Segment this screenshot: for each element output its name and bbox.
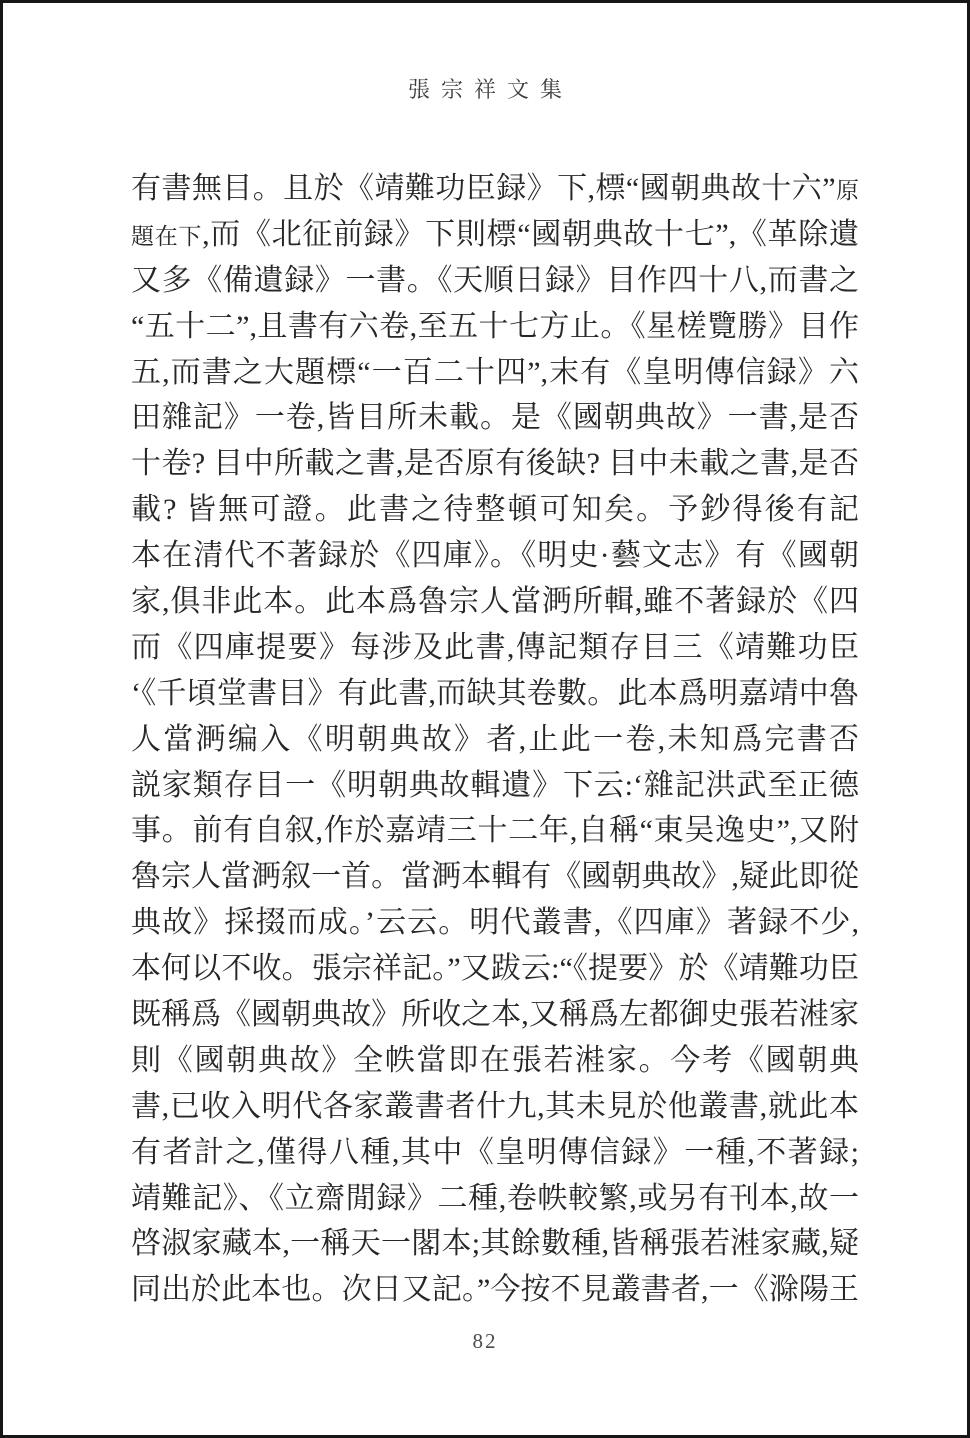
text-line: 田雜記》一卷,皆目所未載。是《國朝典故》一書,是否爲一百 <box>131 395 859 441</box>
text-segment: 典故》採掇而成。’云云。明代叢書,《四庫》著録不少,未知此 <box>131 906 859 946</box>
text-line: 同出於此本也。次日又記。”今按不見叢書者,一《滁陽王碑》, <box>131 1267 859 1313</box>
text-segment: 家,俱非此本。此本爲魯宗人當㴐所輯,雖不著録於《四庫》, <box>131 585 859 625</box>
text-segment: 有者計之,僅得八種,其中《皇明傳信録》一種,不著録;《奉天 <box>131 1136 859 1176</box>
text-segment: ‘《千頃堂書目》有此書,而缺其卷數。此本爲明嘉靖中魯藩宗 <box>131 677 859 717</box>
text-line: 有書無目。且於《靖難功臣録》下,標“國朝典故十六”原書皆大 <box>131 166 859 212</box>
text-line: ‘《千頃堂書目》有此書,而缺其卷數。此本爲明嘉靖中魯藩宗 <box>131 671 859 717</box>
text-line: 家,俱非此本。此本爲魯宗人當㴐所輯,雖不著録於《四庫》, <box>131 579 859 625</box>
text-segment: 同出於此本也。次日又記。”今按不見叢書者,一《滁陽王碑》, <box>131 1273 859 1313</box>
text-line: 則《國朝典故》全帙當即在張若溎家。今考《國朝典故》中各 <box>131 1038 859 1084</box>
text-line: 典故》採掇而成。’云云。明代叢書,《四庫》著録不少,未知此 <box>131 900 859 946</box>
text-segment: 事。前有自叙,作於嘉靖三十二年,自稱“東吴逸史”,又附載 <box>131 814 859 854</box>
text-segment: 又多《備遺録》一書。《天順日録》目作四十八,而書之大題標 <box>131 264 859 304</box>
text-line: 有者計之,僅得八種,其中《皇明傳信録》一種,不著録;《奉天 <box>131 1130 859 1176</box>
text-segment: 説家類存目一《明朝典故輯遺》下云:‘雜記洪武至正德十朝 <box>131 769 859 809</box>
text-segment: 魯宗人當㴐叙一首。當㴐本輯有《國朝典故》,疑此即從《國朝 <box>131 860 859 900</box>
text-segment: 有書無目。且於《靖難功臣録》下,標“國朝典故十六” <box>131 172 836 205</box>
page-number: 82 <box>3 1329 967 1354</box>
interlinear-note-segment: 題在下 <box>131 224 202 249</box>
text-segment: 啓淑家藏本,一稱天一閣本;其餘數種,皆稱張若溎家藏,疑即 <box>131 1227 859 1267</box>
text-line: “五十二”,且書有六卷,至五十七方止。《星槎覽勝》目作百又 <box>131 304 859 350</box>
text-segment: 十卷? 目中所載之書,是否原有後缺? 目中未載之書,是否漏 <box>131 447 859 487</box>
text-line: 本何以不收。張宗祥記。”又跋云:“《提要》於《靖難功臣録》, <box>131 946 859 992</box>
text-line: 題在下,而《北征前録》下則標“國朝典故十七”,《革除遺事》後, <box>131 212 859 258</box>
text-line: 五,而書之大題標“一百二十四”,末有《皇明傳信録》六卷、《石 <box>131 350 859 396</box>
text-segment: “五十二”,且書有六卷,至五十七方止。《星槎覽勝》目作百又 <box>131 310 859 350</box>
text-line: 啓淑家藏本,一稱天一閣本;其餘數種,皆稱張若溎家藏,疑即 <box>131 1221 859 1267</box>
text-segment: 書,已收入明代各家叢書者什九,其未見於他叢書,就此本所 <box>131 1090 859 1130</box>
text-segment: 靖難記》、《立齋閒録》二種,卷帙較繁,或另有刊本,故一稱汪 <box>131 1182 859 1222</box>
text-line: 本在清代不著録於《四庫》。《明史·藝文志》有《國朝典故》數 <box>131 533 859 579</box>
text-line: 説家類存目一《明朝典故輯遺》下云:‘雜記洪武至正德十朝 <box>131 763 859 809</box>
text-line: 既稱爲《國朝典故》所收之本,又稱爲左都御史張若溎家藏本, <box>131 992 859 1038</box>
text-segment: 田雜記》一卷,皆目所未載。是《國朝典故》一書,是否爲一百 <box>131 401 859 441</box>
text-line: 而《四庫提要》每涉及此書,傳記類存目三《靖難功臣録》下云: <box>131 625 859 671</box>
text-line: 書,已收入明代各家叢書者什九,其未見於他叢書,就此本所 <box>131 1084 859 1130</box>
running-head-book-title: 張宗祥文集 <box>3 73 967 104</box>
text-segment: 本在清代不著録於《四庫》。《明史·藝文志》有《國朝典故》數 <box>131 539 859 579</box>
text-segment: ,而《北征前録》下則標“國朝典故十七”,《革除遺事》後, <box>131 218 859 258</box>
text-segment: 五,而書之大題標“一百二十四”,末有《皇明傳信録》六卷、《石 <box>131 356 859 396</box>
text-segment: 則《國朝典故》全帙當即在張若溎家。今考《國朝典故》中各 <box>131 1044 859 1084</box>
text-segment: 而《四庫提要》每涉及此書,傳記類存目三《靖難功臣録》下云: <box>131 631 859 671</box>
text-line: 靖難記》、《立齋閒録》二種,卷帙較繁,或另有刊本,故一稱汪 <box>131 1176 859 1222</box>
text-line: 人當㴐编入《明朝典故》者,止此一卷,未知爲完書否也。’又小 <box>131 717 859 763</box>
text-line: 載? 皆無可證。此書之待整頓可知矣。予鈔得後有記云:“是 <box>131 487 859 533</box>
text-segment: 既稱爲《國朝典故》所收之本,又稱爲左都御史張若溎家藏本, <box>131 998 859 1038</box>
text-segment: 載? 皆無可證。此書之待整頓可知矣。予鈔得後有記云:“是 <box>131 493 859 533</box>
text-line: 十卷? 目中所載之書,是否原有後缺? 目中未載之書,是否漏 <box>131 441 859 487</box>
text-line: 事。前有自叙,作於嘉靖三十二年,自稱“東吴逸史”,又附載 <box>131 808 859 854</box>
scanned-book-page: 張宗祥文集 有書無目。且於《靖難功臣録》下,標“國朝典故十六”原書皆大題在下,而… <box>0 0 970 1438</box>
text-segment: 本何以不收。張宗祥記。”又跋云:“《提要》於《靖難功臣録》, <box>131 952 859 992</box>
text-line: 魯宗人當㴐叙一首。當㴐本輯有《國朝典故》,疑此即從《國朝 <box>131 854 859 900</box>
body-text-block: 有書無目。且於《靖難功臣録》下,標“國朝典故十六”原書皆大題在下,而《北征前録》… <box>131 166 859 1313</box>
text-line: 又多《備遺録》一書。《天順日録》目作四十八,而書之大題標 <box>131 258 859 304</box>
text-segment: 人當㴐编入《明朝典故》者,止此一卷,未知爲完書否也。’又小 <box>131 723 859 763</box>
